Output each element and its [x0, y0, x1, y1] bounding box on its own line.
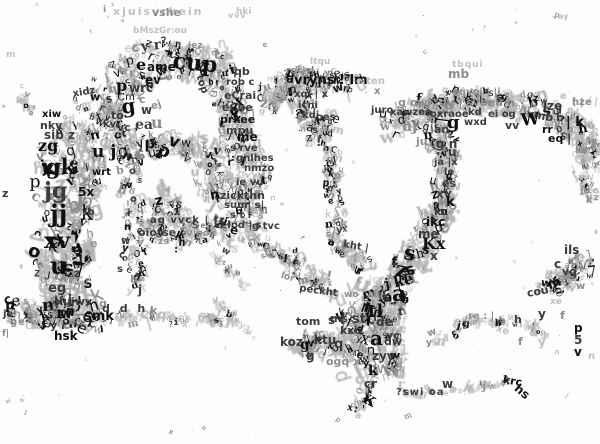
art-fragment: tom [296, 316, 320, 327]
art-fragment: n [126, 152, 133, 162]
art-fragment: ogq x [326, 356, 360, 367]
art-fragment: k [368, 364, 378, 378]
art-fragment: z [74, 268, 80, 279]
art-fragment: xe [550, 298, 562, 307]
art-fragment: o [129, 167, 136, 177]
art-fragment: vv [578, 174, 590, 183]
art-fragment: b [556, 112, 564, 123]
art-fragment: | k [566, 116, 584, 129]
art-fragment: u j [92, 144, 116, 161]
art-fragment: xv [44, 230, 70, 252]
art-fragment: hsk [54, 330, 78, 342]
art-fragment: k [382, 290, 390, 302]
art-fragment: kxo [340, 325, 362, 336]
art-fragment: ej [150, 100, 163, 113]
art-fragment: z [2, 188, 8, 199]
art-fragment: k [586, 196, 593, 206]
art-fragment: ls [578, 146, 587, 156]
art-fragment: h [514, 314, 522, 325]
art-fragment: qb [234, 66, 250, 77]
art-fragment: xidz [72, 86, 96, 100]
art-fragment: e [136, 57, 146, 73]
art-fragment: hze [572, 98, 592, 108]
art-fragment: xuiwv [56, 296, 92, 307]
art-fragment: ?swi oa [396, 388, 445, 398]
art-fragment: a [392, 283, 406, 305]
art-fragment: c [554, 258, 561, 270]
art-fragment: v [126, 181, 133, 191]
art-fragment: w [426, 327, 438, 340]
art-fragment: n [588, 352, 595, 362]
art-fragment: zs [158, 238, 169, 247]
art-fragment: g tvc [252, 222, 280, 232]
art-fragment: dw [384, 336, 402, 347]
art-fragment: v [574, 346, 582, 358]
art-fragment: ! [316, 136, 321, 148]
art-fragment: w [220, 246, 232, 258]
art-fragment: xqi | x [294, 90, 328, 100]
art-fragment: y [538, 308, 546, 320]
art-fragment: kv [103, 120, 116, 130]
art-fragment: ktu [314, 334, 336, 346]
art-fragment: c [119, 251, 125, 261]
art-fragment: - ay [552, 13, 568, 21]
art-fragment: wrt [92, 168, 111, 178]
art-fragment: u [50, 254, 67, 278]
art-fragment: zyv [372, 350, 395, 362]
art-fragment: ltqu [310, 58, 330, 67]
art-fragment: kht | [342, 240, 369, 254]
art-fragment: ag vvck | fz [150, 216, 226, 226]
art-fragment: eq | [548, 133, 571, 144]
art-fragment: ils [564, 244, 579, 256]
art-fragment: wo | lsu [344, 291, 383, 300]
art-fragment: e ten [356, 77, 385, 87]
art-fragment: eCbe [222, 102, 253, 113]
art-fragment: e [90, 238, 97, 249]
art-fragment: f [560, 310, 565, 321]
art-fragment: zg [38, 138, 58, 154]
art-fragment: vvv [228, 12, 247, 20]
art-fragment: cup [172, 50, 219, 77]
art-fragment: xe [495, 324, 511, 338]
art-fragment: i [103, 6, 106, 15]
art-fragment: wxd [464, 118, 487, 128]
art-fragment: t [398, 306, 403, 317]
art-fragment: a [268, 252, 274, 261]
art-fragment: y [336, 226, 343, 236]
art-fragment: cou [526, 284, 549, 299]
art-fragment: g [306, 350, 315, 362]
art-fragment: ge w v a es [10, 318, 84, 328]
art-fragment: w [121, 237, 130, 247]
typographic-artwork: mjqsvrjsyewoyvsc|pcwmjw'kly,g?pxjdvrswaz… [0, 0, 600, 444]
art-fragment: rob c [226, 78, 254, 88]
art-fragment: n [124, 223, 131, 233]
art-fragment: j [138, 284, 142, 296]
art-fragment: lor [280, 272, 296, 284]
art-fragment: u [151, 115, 163, 131]
art-fragment: re : | [468, 312, 494, 322]
art-fragment: W [520, 111, 541, 130]
art-fragment: v|oox [186, 229, 216, 239]
art-fragment: xawzee [390, 108, 432, 118]
art-fragment: f| [2, 330, 9, 339]
art-fragment: ju [416, 136, 428, 147]
art-fragment: n [170, 128, 176, 137]
art-fragment: lb [84, 208, 95, 218]
art-fragment: oes [316, 113, 336, 123]
art-fragment: x [430, 250, 438, 262]
art-fragment: o [130, 195, 137, 205]
art-fragment: q [334, 338, 343, 351]
art-fragment: vo [562, 266, 577, 277]
art-fragment: d d h [102, 303, 148, 314]
art-fragment: peckht [299, 284, 338, 299]
art-fragment: t [590, 154, 594, 163]
art-fragment: vv [505, 120, 519, 131]
art-fragment: r [127, 209, 132, 219]
art-fragment: x [374, 87, 380, 97]
feature-letter-layer: ixjuisvrheinvshehkivvv- aybMszGr:oumy ri… [0, 0, 600, 444]
art-fragment: m [6, 51, 15, 60]
art-fragment: k [150, 305, 157, 316]
art-fragment: f [518, 336, 523, 347]
art-fragment: s [117, 265, 123, 275]
art-fragment: uj [402, 120, 417, 134]
art-fragment: a [370, 328, 383, 348]
art-fragment: jj [50, 202, 67, 226]
art-fragment: mb [448, 68, 469, 80]
art-fragment: vc [117, 122, 131, 133]
art-fragment: 5x [78, 186, 94, 198]
art-fragment: bMszGr:ou [133, 27, 187, 36]
art-fragment: vshe [152, 7, 181, 18]
art-fragment: an [434, 124, 449, 135]
art-fragment: eCrai [224, 90, 256, 101]
art-fragment: y r [140, 38, 162, 54]
art-fragment: cr [364, 378, 377, 390]
art-fragment: y [538, 336, 546, 348]
art-fragment: p [116, 78, 127, 94]
art-fragment: nmzo [244, 164, 274, 174]
art-fragment: gk [46, 156, 75, 177]
art-fragment: me [237, 131, 258, 143]
art-fragment: ie vu [236, 178, 263, 188]
art-fragment: w [576, 282, 585, 292]
